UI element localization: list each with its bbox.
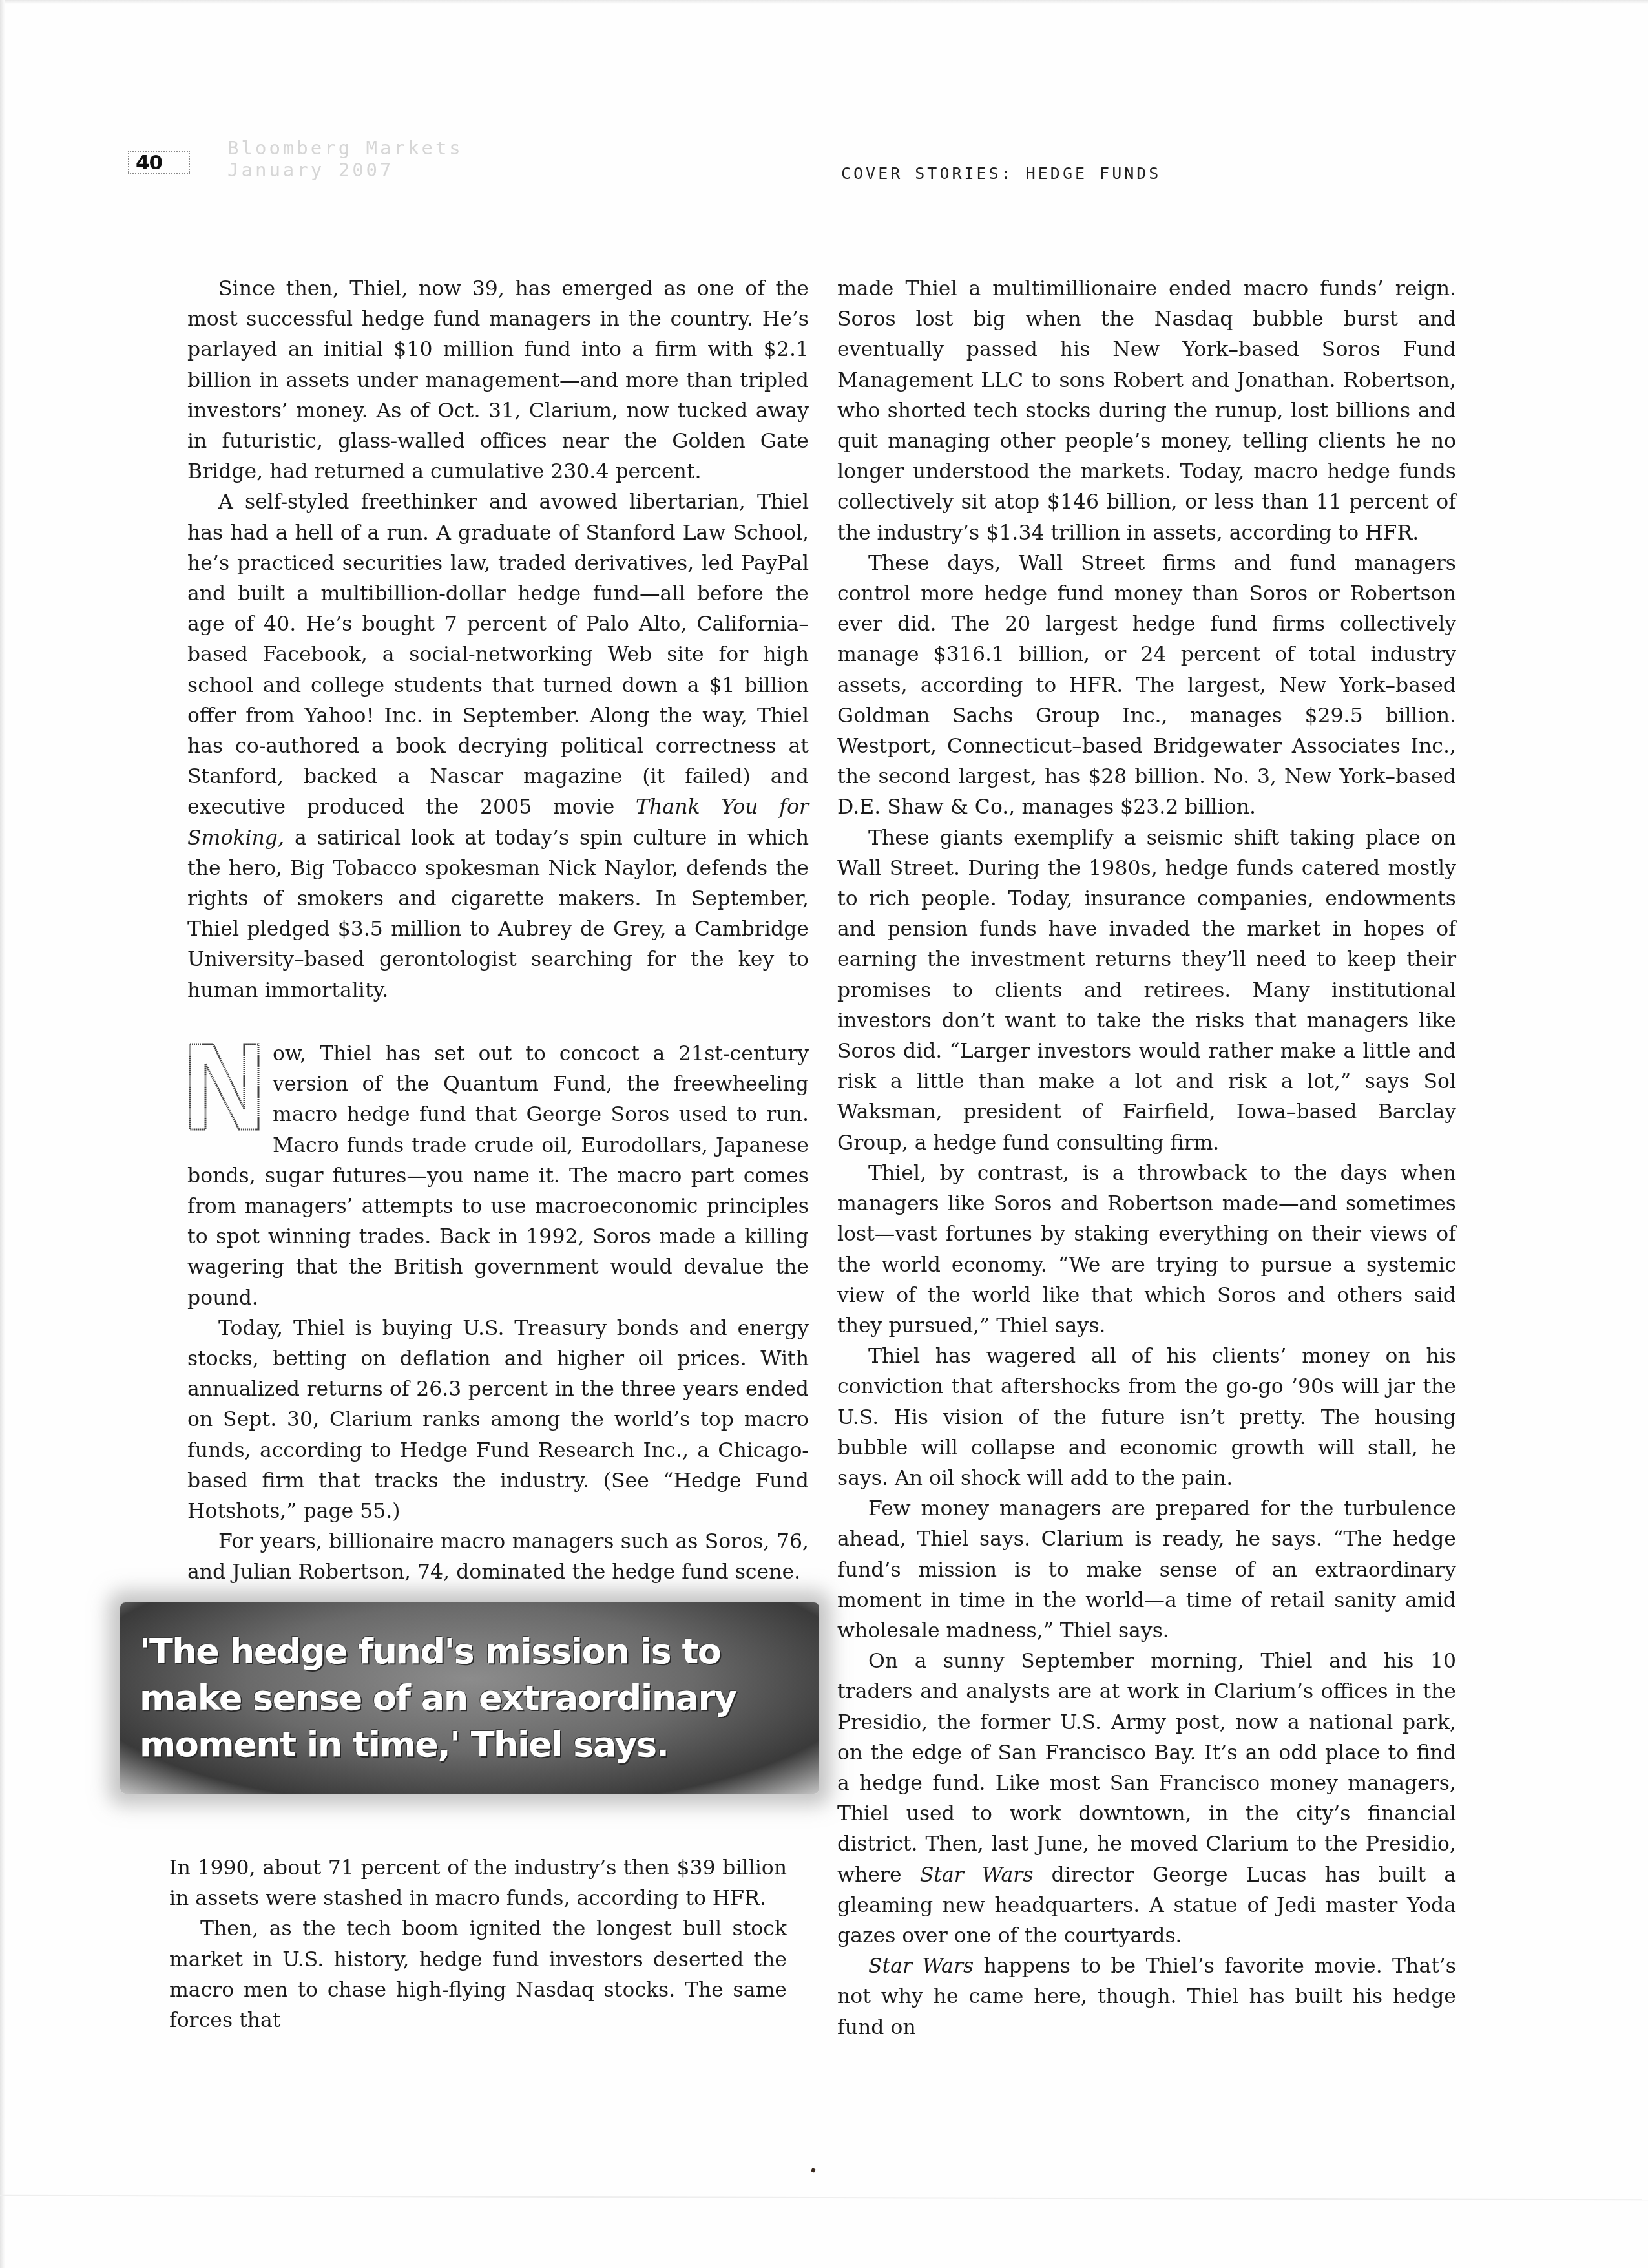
masthead-publication: Bloomberg Markets bbox=[227, 137, 463, 159]
section-heading: COVER STORIES: HEDGE FUNDS bbox=[841, 164, 1161, 183]
masthead-issue-date: January 2007 bbox=[227, 159, 463, 181]
paragraph: These giants exemplify a seismic shift t… bbox=[837, 823, 1456, 1159]
right-column: made Thiel a multimillionaire ended macr… bbox=[837, 274, 1456, 2043]
paragraph: Few money managers are prepared for the … bbox=[837, 1494, 1456, 1646]
movie-title: Star Wars bbox=[868, 1955, 974, 1978]
left-column-top: Since then, Thiel, now 39, has emerged a… bbox=[187, 274, 809, 1006]
page-edge-bottom bbox=[0, 2195, 1648, 2201]
left-column-middle: ow, Thiel has set out to concoct a 21st-… bbox=[187, 1039, 809, 1588]
page-edge-left bbox=[0, 0, 5, 2268]
page-number: 40 bbox=[136, 151, 162, 174]
paragraph: Then, as the tech boom ignited the longe… bbox=[169, 1914, 787, 2036]
paragraph: Thiel has wagered all of his clients’ mo… bbox=[837, 1341, 1456, 1494]
drop-cap-paragraph: ow, Thiel has set out to concoct a 21st-… bbox=[187, 1039, 809, 1314]
paragraph: made Thiel a multimillionaire ended macr… bbox=[837, 274, 1456, 549]
paragraph: A self-styled freethinker and avowed lib… bbox=[187, 487, 809, 1005]
pull-quote-text: 'The hedge fund's mission is to make sen… bbox=[140, 1628, 798, 1768]
movie-title: Star Wars bbox=[920, 1864, 1034, 1887]
paragraph: These days, Wall Street firms and fund m… bbox=[837, 549, 1456, 823]
scan-speck bbox=[811, 2168, 816, 2173]
paragraph: Star Wars happens to be Thiel’s favorite… bbox=[837, 1951, 1456, 2043]
paragraph: Today, Thiel is buying U.S. Treasury bon… bbox=[187, 1314, 809, 1527]
page-edge-top bbox=[0, 0, 1648, 4]
pull-quote: 'The hedge fund's mission is to make sen… bbox=[120, 1602, 819, 1794]
paragraph: Since then, Thiel, now 39, has emerged a… bbox=[187, 274, 809, 487]
masthead: Bloomberg Markets January 2007 bbox=[227, 137, 463, 181]
paragraph: In 1990, about 71 percent of the industr… bbox=[169, 1853, 787, 1914]
paragraph: For years, billionaire macro managers su… bbox=[187, 1527, 809, 1588]
page-number-box: 40 bbox=[128, 151, 190, 174]
drop-cap-n-icon bbox=[187, 1042, 261, 1132]
paragraph: Thiel, by contrast, is a throwback to th… bbox=[837, 1159, 1456, 1341]
paragraph: On a sunny September morning, Thiel and … bbox=[837, 1646, 1456, 1951]
left-column-bottom: In 1990, about 71 percent of the industr… bbox=[169, 1853, 787, 2036]
magazine-page: 40 Bloomberg Markets January 2007 COVER … bbox=[0, 0, 1648, 2268]
